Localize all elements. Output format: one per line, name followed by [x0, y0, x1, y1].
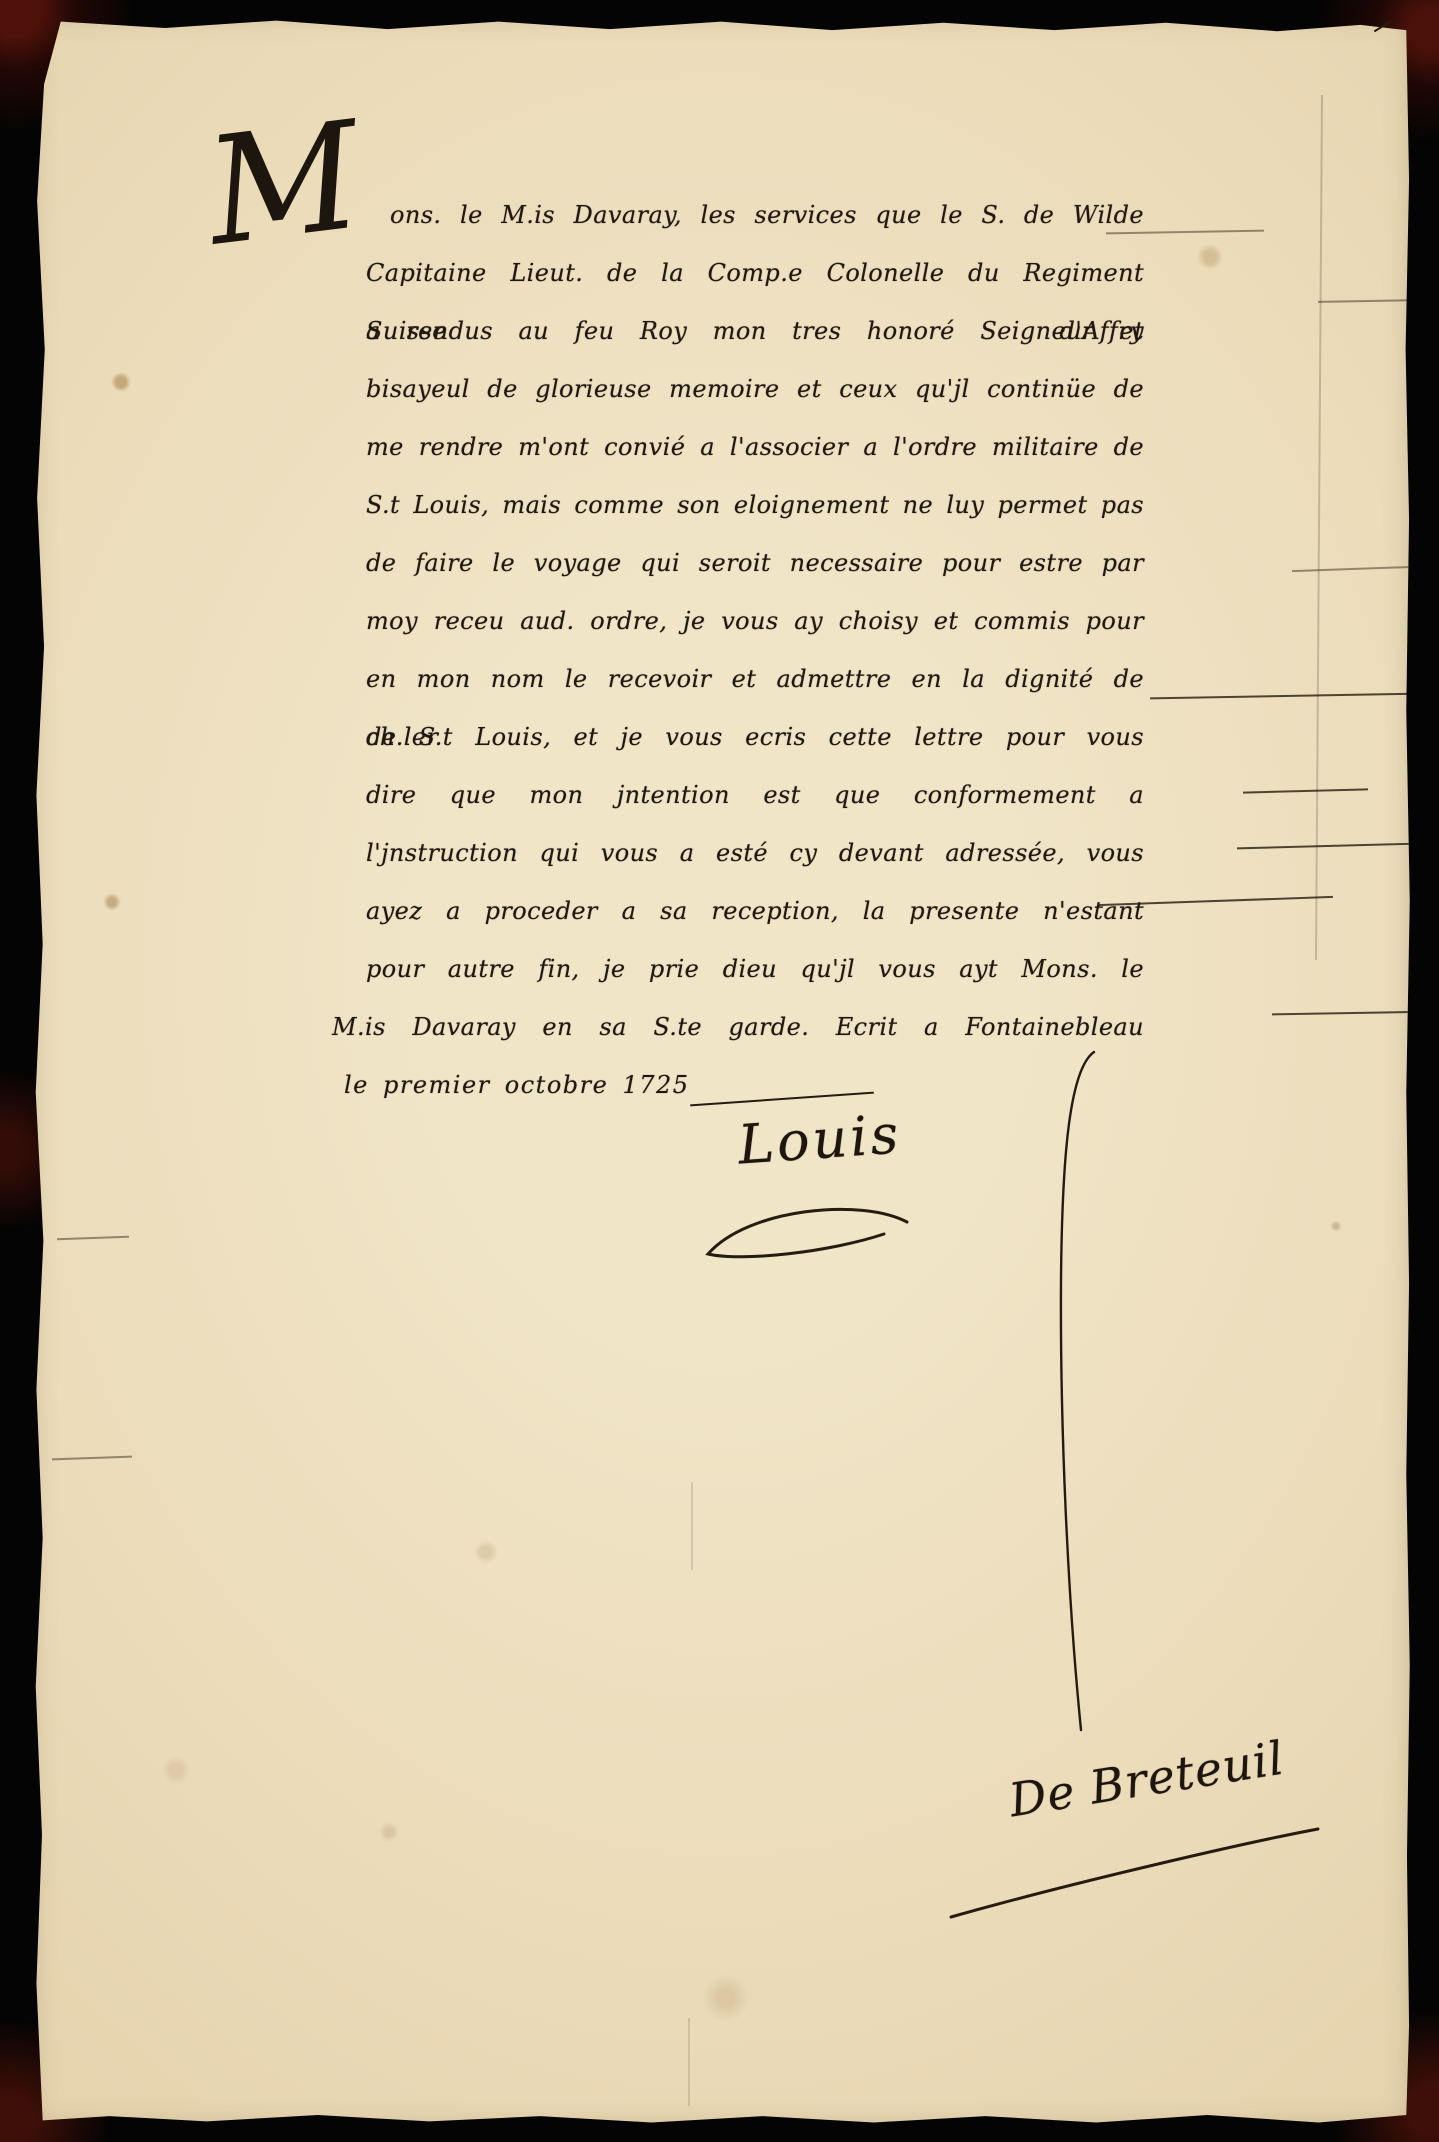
manuscript-line: de S.t Louis, et je vous ecris cette let…	[366, 708, 1144, 766]
manuscript-line: a rendus au feu Roy mon tres honoré Seig…	[366, 302, 1144, 360]
manuscript-line: bisayeul de glorieuse memoire et ceux qu…	[366, 360, 1144, 418]
manuscript-line: pour autre fin, je prie dieu qu'jl vous …	[366, 940, 1144, 998]
manuscript-line: le premier octobre 1725	[344, 1056, 1144, 1114]
manuscript-line: S.t Louis, mais comme son eloignement ne…	[366, 476, 1144, 534]
fold-mark-left	[52, 1456, 132, 1461]
photo-background: M ons. le M.is Davaray, les services que…	[0, 0, 1439, 2142]
manuscript-line: ayez a proceder a sa reception, la prese…	[366, 882, 1144, 940]
fold-crease-vertical	[1315, 95, 1323, 960]
manuscript-line: de faire le voyage qui seroit necessaire…	[366, 534, 1144, 592]
manuscript-line: me rendre m'ont convié a l'associer a l'…	[366, 418, 1144, 476]
letter-body: ons. le M.is Davaray, les services que l…	[366, 186, 1144, 1114]
fold-crease	[1292, 566, 1414, 572]
fold-crease	[1318, 299, 1414, 303]
scribe-filler-dash	[1243, 788, 1368, 793]
manuscript-line: en mon nom le recevoir et admettre en la…	[366, 650, 1144, 708]
manuscript-line: dire que mon jntention est que conformem…	[366, 766, 1144, 824]
fold-mark-bottom	[688, 2018, 690, 2106]
royal-signature: Louis	[736, 1102, 903, 1176]
countersignature: De Breteuil	[1005, 1731, 1288, 1828]
manuscript-line: Capitaine Lieut. de la Comp.e Colonelle …	[366, 244, 1144, 302]
scribe-filler-dash	[1150, 693, 1416, 700]
fold-mark-left	[57, 1236, 129, 1241]
scribe-filler-dash	[1272, 1011, 1432, 1016]
drop-cap-initial: M	[200, 101, 368, 266]
letter-page: M ons. le M.is Davaray, les services que…	[26, 10, 1416, 2132]
manuscript-line: l'jnstruction qui vous a esté cy devant …	[366, 824, 1144, 882]
manuscript-line: M.is Davaray en sa S.te garde. Ecrit a F…	[332, 998, 1144, 1056]
scribe-filler-dash	[1237, 843, 1417, 850]
fold-mark-bottom	[691, 1482, 693, 1570]
manuscript-line: ons. le M.is Davaray, les services que l…	[366, 186, 1144, 244]
manuscript-line: moy receu aud. ordre, je vous ay choisy …	[366, 592, 1144, 650]
